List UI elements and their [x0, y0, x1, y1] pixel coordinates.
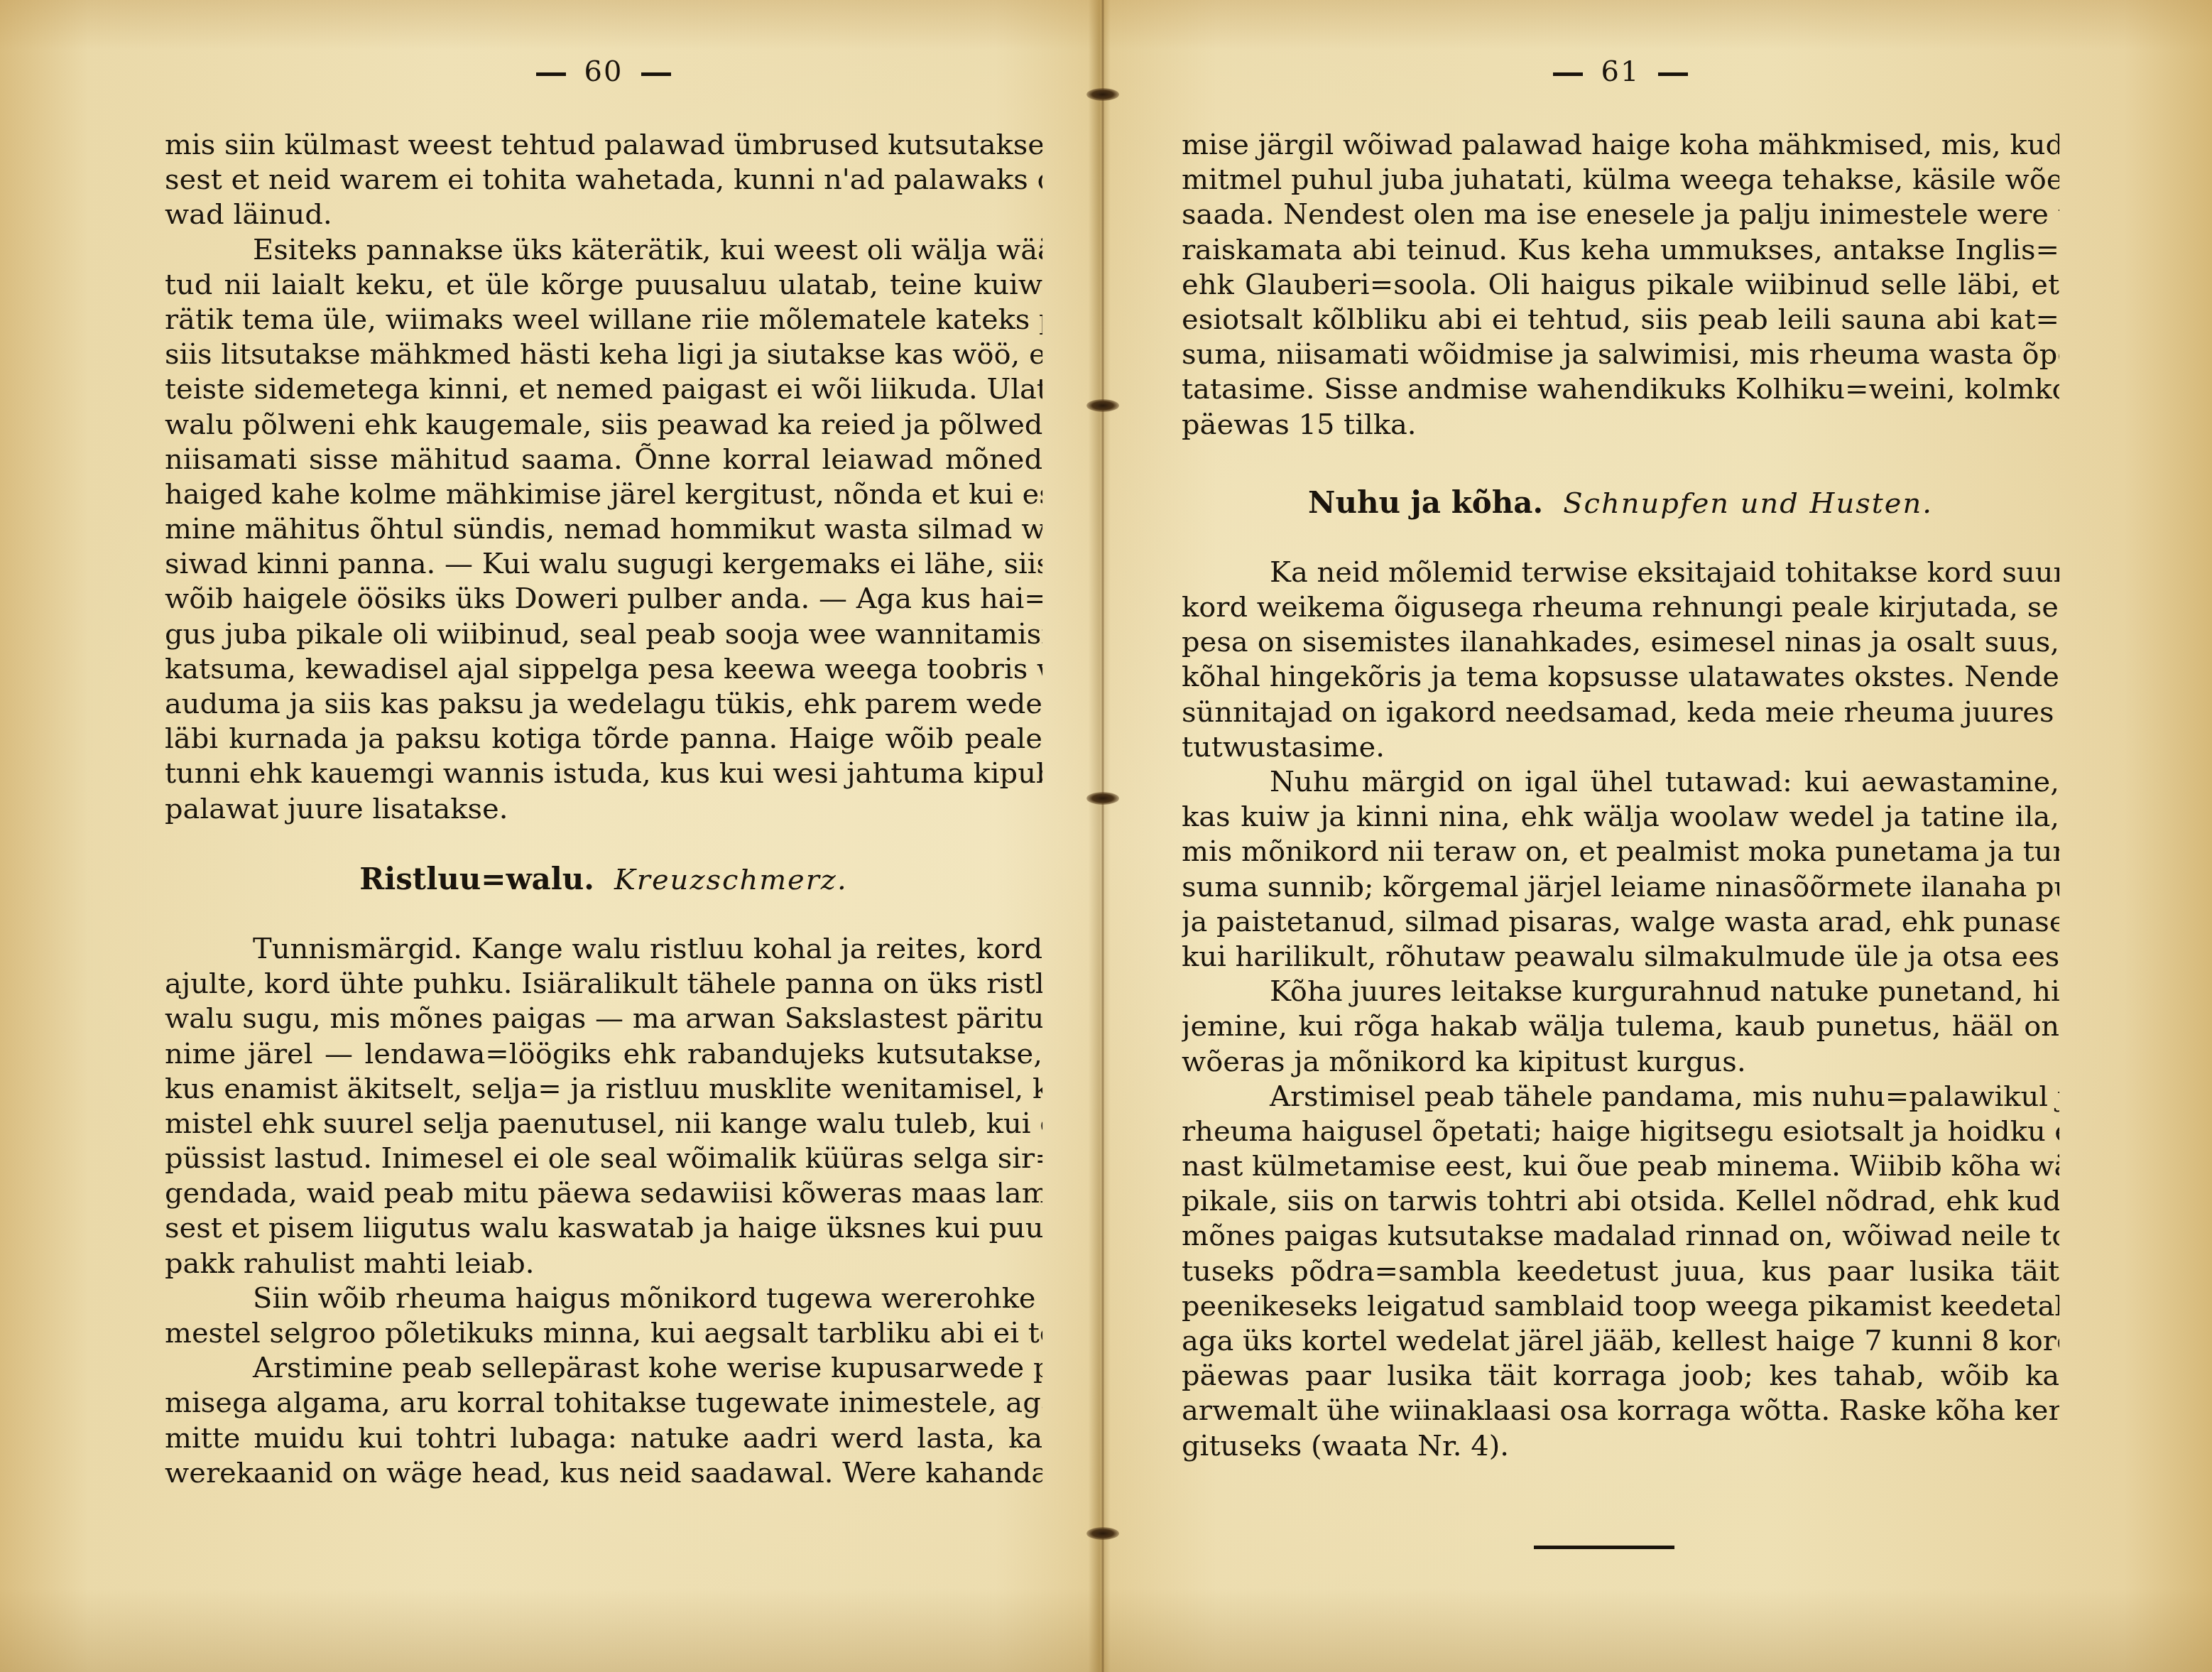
page-body: mise järgil wõiwad palawad haige koha mä… — [1182, 128, 2059, 1464]
text-line: Esiteks pannakse üks käterätik, kui wees… — [165, 233, 1042, 268]
left-page: 60 mis siin külmast weest tehtud palawad… — [165, 0, 1042, 1672]
text-line: auduma ja siis kas paksu ja wedelagu tük… — [165, 687, 1042, 722]
binding-stitch — [1086, 88, 1119, 101]
text-line: walu põlweni ehk kaugemale, siis peawad … — [165, 408, 1042, 443]
text-line: wõib haigele öösiks üks Doweri pulber an… — [165, 582, 1042, 617]
end-rule — [1534, 1546, 1674, 1549]
section-title-german: Schnupfen und Husten. — [1563, 487, 1933, 520]
text-line: ehk Glauberi=soola. Oli haigus pikale wi… — [1182, 268, 2059, 303]
paragraph: Ka neid mõlemid terwise eksitajaid tohit… — [1182, 555, 2059, 765]
section-title-estonian: Ristluu=walu. — [359, 862, 594, 896]
text-line: läbi kurnada ja paksu kotiga tõrde panna… — [165, 722, 1042, 756]
page-body: mis siin külmast weest tehtud palawad üm… — [165, 128, 1042, 1491]
page-number: 61 — [1182, 55, 2059, 88]
book-spread: 60 mis siin külmast weest tehtud palawad… — [0, 0, 2212, 1672]
text-line: siis litsutakse mähkmed hästi keha ligi … — [165, 337, 1042, 372]
text-line: tutwustasime. — [1182, 730, 2059, 765]
text-line: saada. Nendest olen ma ise enesele ja pa… — [1182, 197, 2059, 232]
text-line: gus juba pikale oli wiibinud, seal peab … — [165, 617, 1042, 652]
text-line: haiged kahe kolme mähkimise järel kergit… — [165, 477, 1042, 512]
text-line: pesa on sisemistes ilanahkades, esimesel… — [1182, 625, 2059, 660]
text-line: Ka neid mõlemid terwise eksitajaid tohit… — [1182, 555, 2059, 590]
folio-dash — [1658, 72, 1688, 76]
text-line: tuseks põdra=sambla keedetust juua, kus … — [1182, 1254, 2059, 1289]
text-line: kui harilikult, rõhutaw peawalu silmakul… — [1182, 940, 2059, 975]
folio-dash — [536, 72, 566, 76]
text-line: Kõha juures leitakse kurgurahnud natuke … — [1182, 975, 2059, 1009]
text-line: mine mähitus õhtul sündis, nemad hommiku… — [165, 512, 1042, 547]
section-heading: Nuhu ja kõha.Schnupfen und Husten. — [1182, 485, 2059, 520]
text-line: nast külmetamise eest, kui õue peab mine… — [1182, 1149, 2059, 1184]
text-line: werekaanid on wäge head, kus neid saadaw… — [165, 1456, 1042, 1491]
page-number-text: 60 — [584, 55, 623, 88]
text-line: Nuhu märgid on igal ühel tutawad: kui ae… — [1182, 765, 2059, 800]
text-line: nime järel — lendawa=löögiks ehk rabandu… — [165, 1037, 1042, 1072]
text-line: päewas 15 tilka. — [1182, 408, 2059, 443]
text-line: Arstimine peab sellepärast kohe werise k… — [165, 1351, 1042, 1386]
paragraph: Arstimine peab sellepärast kohe werise k… — [165, 1351, 1042, 1491]
paragraph: Kõha juures leitakse kurgurahnud natuke … — [1182, 975, 2059, 1080]
section-heading: Ristluu=walu.Kreuzschmerz. — [165, 862, 1042, 896]
text-line: ja paistetanud, silmad pisaras, walge wa… — [1182, 905, 2059, 940]
text-line: arwemalt ühe wiinaklaasi osa korraga wõt… — [1182, 1394, 2059, 1428]
text-line: suma, niisamati wõidmise ja salwimisi, m… — [1182, 337, 2059, 372]
binding-stitch — [1086, 399, 1119, 412]
text-line: suma sunnib; kõrgemal järjel leiame nina… — [1182, 870, 2059, 905]
text-line: Arstimisel peab tähele pandama, mis nuhu… — [1182, 1080, 2059, 1114]
paragraph: Tunnismärgid. Kange walu ristluu kohal j… — [165, 932, 1042, 1281]
text-line: tud nii laialt keku, et üle kõrge puusal… — [165, 268, 1042, 303]
text-line: kus enamist äkitselt, selja= ja ristluu … — [165, 1072, 1042, 1107]
text-line: wõeras ja mõnikord ka kipitust kurgus. — [1182, 1045, 2059, 1080]
text-line: gituseks (waata Nr. 4). — [1182, 1429, 2059, 1464]
paragraph: mise järgil wõiwad palawad haige koha mä… — [1182, 128, 2059, 443]
text-line: gendada, waid peab mitu päewa sedawiisi … — [165, 1176, 1042, 1211]
paragraph: Nuhu märgid on igal ühel tutawad: kui ae… — [1182, 765, 2059, 975]
text-line: tatasime. Sisse andmise wahendikuks Kolh… — [1182, 372, 2059, 407]
text-line: wad läinud. — [165, 197, 1042, 232]
text-line: Tunnismärgid. Kange walu ristluu kohal j… — [165, 932, 1042, 967]
text-line: raiskamata abi teinud. Kus keha ummukses… — [1182, 233, 2059, 268]
section-title-german: Kreuzschmerz. — [614, 864, 848, 896]
text-line: jemine, kui rõga hakab wälja tulema, kau… — [1182, 1009, 2059, 1044]
page-number: 60 — [165, 55, 1042, 88]
binding-stitch — [1086, 1527, 1119, 1540]
text-line: esiotsalt kõlbliku abi ei tehtud, siis p… — [1182, 303, 2059, 337]
text-line: tunni ehk kauemgi wannis istuda, kus kui… — [165, 756, 1042, 791]
text-line: mistel ehk suurel selja paenutusel, nii … — [165, 1107, 1042, 1141]
text-line: mitte muidu kui tohtri lubaga: natuke aa… — [165, 1421, 1042, 1456]
folio-dash — [641, 72, 671, 76]
text-line: rätik tema üle, wiimaks weel willane rii… — [165, 303, 1042, 337]
text-line: mitmel puhul juba juhatati, külma weega … — [1182, 163, 2059, 197]
text-line: siwad kinni panna. — Kui walu sugugi ker… — [165, 547, 1042, 582]
text-line: pikale, siis on tarwis tohtri abi otsida… — [1182, 1184, 2059, 1219]
text-line: mise järgil wõiwad palawad haige koha mä… — [1182, 128, 2059, 163]
book-gutter — [1101, 0, 1104, 1672]
text-line: püssist lastud. Inimesel ei ole seal wõi… — [165, 1141, 1042, 1176]
text-line: walu sugu, mis mõnes paigas — ma arwan S… — [165, 1001, 1042, 1036]
text-line: mis siin külmast weest tehtud palawad üm… — [165, 128, 1042, 163]
text-line: Siin wõib rheuma haigus mõnikord tugewa … — [165, 1281, 1042, 1316]
text-line: sest et pisem liigutus walu kaswatab ja … — [165, 1211, 1042, 1246]
text-line: aga üks kortel wedelat järel jääb, kelle… — [1182, 1324, 2059, 1359]
text-line: teiste sidemetega kinni, et nemed paigas… — [165, 372, 1042, 407]
paragraph: Siin wõib rheuma haigus mõnikord tugewa … — [165, 1281, 1042, 1351]
text-line: mestel selgroo põletikuks minna, kui aeg… — [165, 1316, 1042, 1351]
text-line: palawat juure lisatakse. — [165, 792, 1042, 827]
text-line: sünnitajad on igakord needsamad, keda me… — [1182, 695, 2059, 730]
text-line: mis mõnikord nii teraw on, et pealmist m… — [1182, 835, 2059, 869]
paragraph: Arstimisel peab tähele pandama, mis nuhu… — [1182, 1080, 2059, 1464]
section-title-estonian: Nuhu ja kõha. — [1308, 485, 1543, 520]
text-line: katsuma, kewadisel ajal sippelga pesa ke… — [165, 652, 1042, 687]
text-line: rheuma haigusel õpetati; haige higitsegu… — [1182, 1114, 2059, 1149]
text-line: pakk rahulist mahti leiab. — [165, 1247, 1042, 1281]
binding-stitch — [1086, 792, 1119, 805]
text-line: päewas paar lusika täit korraga joob; ke… — [1182, 1359, 2059, 1394]
text-line: mõnes paigas kutsutakse madalad rinnad o… — [1182, 1219, 2059, 1254]
folio-dash — [1553, 72, 1583, 76]
text-line: misega algama, aru korral tohitakse tuge… — [165, 1386, 1042, 1421]
text-line: niisamati sisse mähitud saama. Õnne korr… — [165, 443, 1042, 477]
text-line: kord weikema õigusega rheuma rehnungi pe… — [1182, 590, 2059, 625]
text-line: kas kuiw ja kinni nina, ehk wälja woolaw… — [1182, 800, 2059, 835]
text-line: ajulte, kord ühte puhku. Isiäralikult tä… — [165, 967, 1042, 1001]
text-line: sest et neid warem ei tohita wahetada, k… — [165, 163, 1042, 197]
text-line: peenikeseks leigatud samblaid toop weega… — [1182, 1289, 2059, 1324]
text-line: kõhal hingekõris ja tema kopsusse ulataw… — [1182, 660, 2059, 695]
right-page: 61 mise järgil wõiwad palawad haige koha… — [1182, 0, 2059, 1672]
paragraph: mis siin külmast weest tehtud palawad üm… — [165, 128, 1042, 233]
page-number-text: 61 — [1601, 55, 1640, 88]
paragraph: Esiteks pannakse üks käterätik, kui wees… — [165, 233, 1042, 827]
